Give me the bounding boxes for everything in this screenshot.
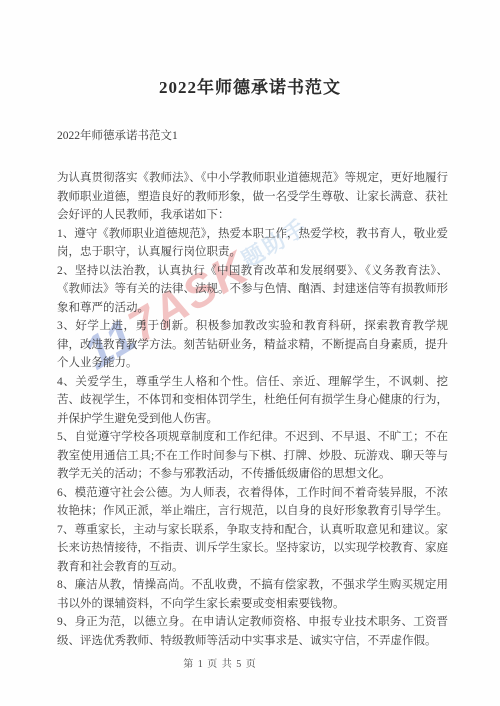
commitment-item-7: 7、尊重家长，主动与家长联系，争取支持和配合，认真听取意见和建议。家长来访热情接… (57, 521, 448, 577)
commitment-item-8: 8、廉洁从教，情操高尚。不乱收费，不搞有偿家教，不强求学生购买规定用书以外的课辅… (57, 576, 448, 613)
document-subtitle: 2022年师德承诺书范文1 (57, 127, 448, 143)
commitment-item-1: 1、遵守《教师职业道德规范》，热爱本职工作，热爱学校，教书育人，敬业爱岗，忠于职… (57, 225, 448, 262)
commitment-item-2: 2、坚持以法治教，认真执行《中国教育改革和发展纲要》、《义务教育法》、《教师法》… (57, 262, 448, 318)
page-number-footer: 第 1 页 共 5 页 (0, 655, 440, 670)
commitment-item-6: 6、模范遵守社会公德。为人师表，衣着得体，工作时间不着奇装异服，不浓妆艳抹；作风… (57, 484, 448, 521)
commitment-item-4: 4、关爱学生，尊重学生人格和个性。信任、亲近、理解学生，不讽刺、挖苦、歧视学生，… (57, 373, 448, 429)
commitment-item-9: 9、身正为范，以德立身。在申请认定教师资格、申报专业技术职务、工资晋级、评选优秀… (57, 613, 448, 650)
document-title: 2022年师德承诺书范文 (0, 11, 500, 98)
commitment-item-5: 5、自觉遵守学校各项规章制度和工作纪律。不迟到、不早退、不旷工；不在教室使用通信… (57, 428, 448, 484)
document-page: 117ASK题助手 2022年师德承诺书范文 2022年师德承诺书范文1 为认真… (0, 0, 500, 706)
commitment-item-3: 3、好学上进，勇于创新。积极参加教改实验和教育科研，探索教育教学规律，改进教育教… (57, 317, 448, 373)
document-body: 为认真贯彻落实《教师法》、《中小学教师职业道德规范》等规定，更好地履行教师职业道… (57, 169, 448, 650)
intro-paragraph: 为认真贯彻落实《教师法》、《中小学教师职业道德规范》等规定，更好地履行教师职业道… (57, 169, 448, 225)
